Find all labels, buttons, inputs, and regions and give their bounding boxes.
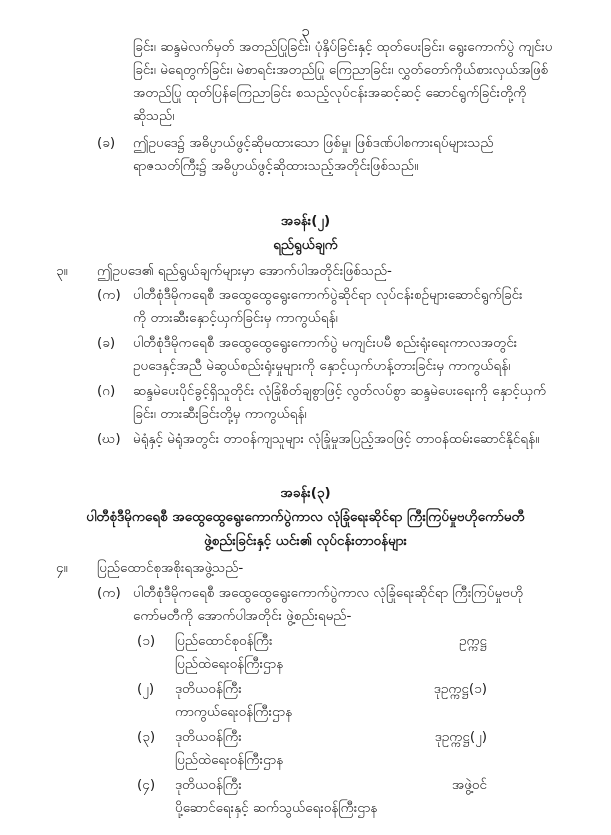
item-line: ကော်မတီကို အောက်ပါအတိုင်း ဖွဲ့စည်းရမည်- — [133, 605, 351, 627]
chapter-heading: အခန်း(၃) — [0, 482, 611, 504]
member-role: ဒုဥက္ကဋ္ဌ(၁) — [434, 678, 487, 700]
chapter-heading: အခန်း(၂) — [0, 210, 611, 232]
section-intro: ပြည်ထောင်စုအစိုးရအဖွဲ့သည်- — [97, 557, 243, 579]
member-role: ဥက္ကဋ္ဌ — [459, 630, 487, 652]
member-label: (၄) — [137, 774, 155, 796]
item-line: ခြင်း၊ တားဆီးခြင်းတို့မှ ကာကွယ်ရန်၊ — [133, 403, 307, 425]
member-ministry: ပြည်ထဲရေးဝန်ကြီးဌာန — [175, 653, 283, 675]
item-line: ကို တားဆီးနှောင့်ယှက်ခြင်းမှ ကာကွယ်ရန်၊ — [133, 307, 338, 329]
item-line: မဲရုံနှင့် မဲရုံအတွင်း တာဝန်ကျသူများ လုံ… — [133, 428, 539, 450]
chapter-title-line-2: ဖွဲ့စည်းခြင်းနှင့် ယင်း၏ လုပ်ငန်းတာဝန်မျ… — [0, 530, 611, 552]
document-page: ၃ ခြင်း၊ ဆန္ဒမဲလက်မှတ် အတည်ပြုခြင်း၊ ပုံ… — [0, 0, 611, 835]
member-title: ဒုတိယဝန်ကြီး — [175, 678, 242, 700]
member-title: ပြည်ထောင်စုဝန်ကြီး — [175, 630, 273, 652]
item-label: (ဃ) — [97, 428, 121, 450]
section-number: ၃။ — [56, 260, 68, 282]
chapter-title: ရည်ရွယ်ချက် — [0, 234, 611, 256]
item-line: ဥပဒေနှင့်အညီ မဲဆွယ်စည်းရုံးမှုများကို နှ… — [133, 355, 510, 377]
member-title: ဒုတိယဝန်ကြီး — [175, 726, 242, 748]
item-label: (ခ) — [97, 332, 115, 354]
member-label: (၂) — [137, 678, 154, 700]
member-ministry: ပို့ဆောင်ရေးနှင့် ဆက်သွယ်ရေးဝန်ကြီးဌာန — [175, 797, 377, 819]
continuation-line-2: ခြင်း၊ မဲရေတွက်ခြင်း၊ မဲစာရင်းအတည်ပြု ကြ… — [133, 59, 489, 81]
clause-line-1: ဤဥပဒေ၌ အဓိပ္ပာယ်ဖွင့်ဆိုမထားသော ဖြစ်မှု၊… — [133, 132, 489, 154]
item-label: (ဂ) — [97, 380, 115, 402]
member-role: အဖွဲ့ဝင် — [452, 774, 487, 796]
clause-label: (ခ) — [97, 132, 115, 154]
item-line: ပါတီစုံဒီမိုကရေစီ အထွေထွေရွေးကောက်ပွဲ မက… — [133, 332, 489, 354]
member-label: (၃) — [137, 726, 155, 748]
continuation-line-4: ဆိုသည်၊ — [133, 105, 174, 127]
item-line: ပါတီစုံဒီမိုကရေစီ အထွေထွေရွေးကောက်ပွဲကာလ… — [133, 582, 489, 604]
member-label: (၁) — [137, 630, 155, 652]
member-role: ဒုဥက္ကဋ္ဌ(၂) — [435, 726, 487, 748]
item-label: (က) — [97, 582, 121, 604]
section-intro: ဤဥပဒေ၏ ရည်ရွယ်ချက်များမှာ အောက်ပါအတိုင်း… — [97, 260, 392, 282]
clause-line-2: ရာဇသတ်ကြီး၌ အဓိပ္ပာယ်ဖွင့်ဆိုထားသည့်အတို… — [133, 155, 418, 177]
chapter-title-line-1: ပါတီစုံဒီမိုကရေစီ အထွေထွေရွေးကောက်ပွဲကာလ… — [0, 506, 611, 528]
member-title: ဒုတိယဝန်ကြီး — [175, 774, 242, 796]
continuation-line-3: အတည်ပြု ထုတ်ပြန်ကြေညာခြင်း စသည့်လုပ်ငန်း… — [133, 82, 489, 104]
item-line: ဆန္ဒမဲပေးပိုင်ခွင့်ရှိသူတိုင်း လုံခြုံစိ… — [133, 380, 489, 402]
continuation-line-1: ခြင်း၊ ဆန္ဒမဲလက်မှတ် အတည်ပြုခြင်း၊ ပုံနှ… — [133, 36, 489, 58]
section-number: ၄။ — [56, 557, 68, 579]
member-ministry: ပြည်ထဲရေးဝန်ကြီးဌာန — [175, 749, 283, 771]
member-ministry: ကာကွယ်ရေးဝန်ကြီးဌာန — [175, 701, 292, 723]
item-line: ပါတီစုံဒီမိုကရေစီ အထွေထွေရွေးကောက်ပွဲဆို… — [133, 284, 489, 306]
item-label: (က) — [97, 284, 121, 306]
